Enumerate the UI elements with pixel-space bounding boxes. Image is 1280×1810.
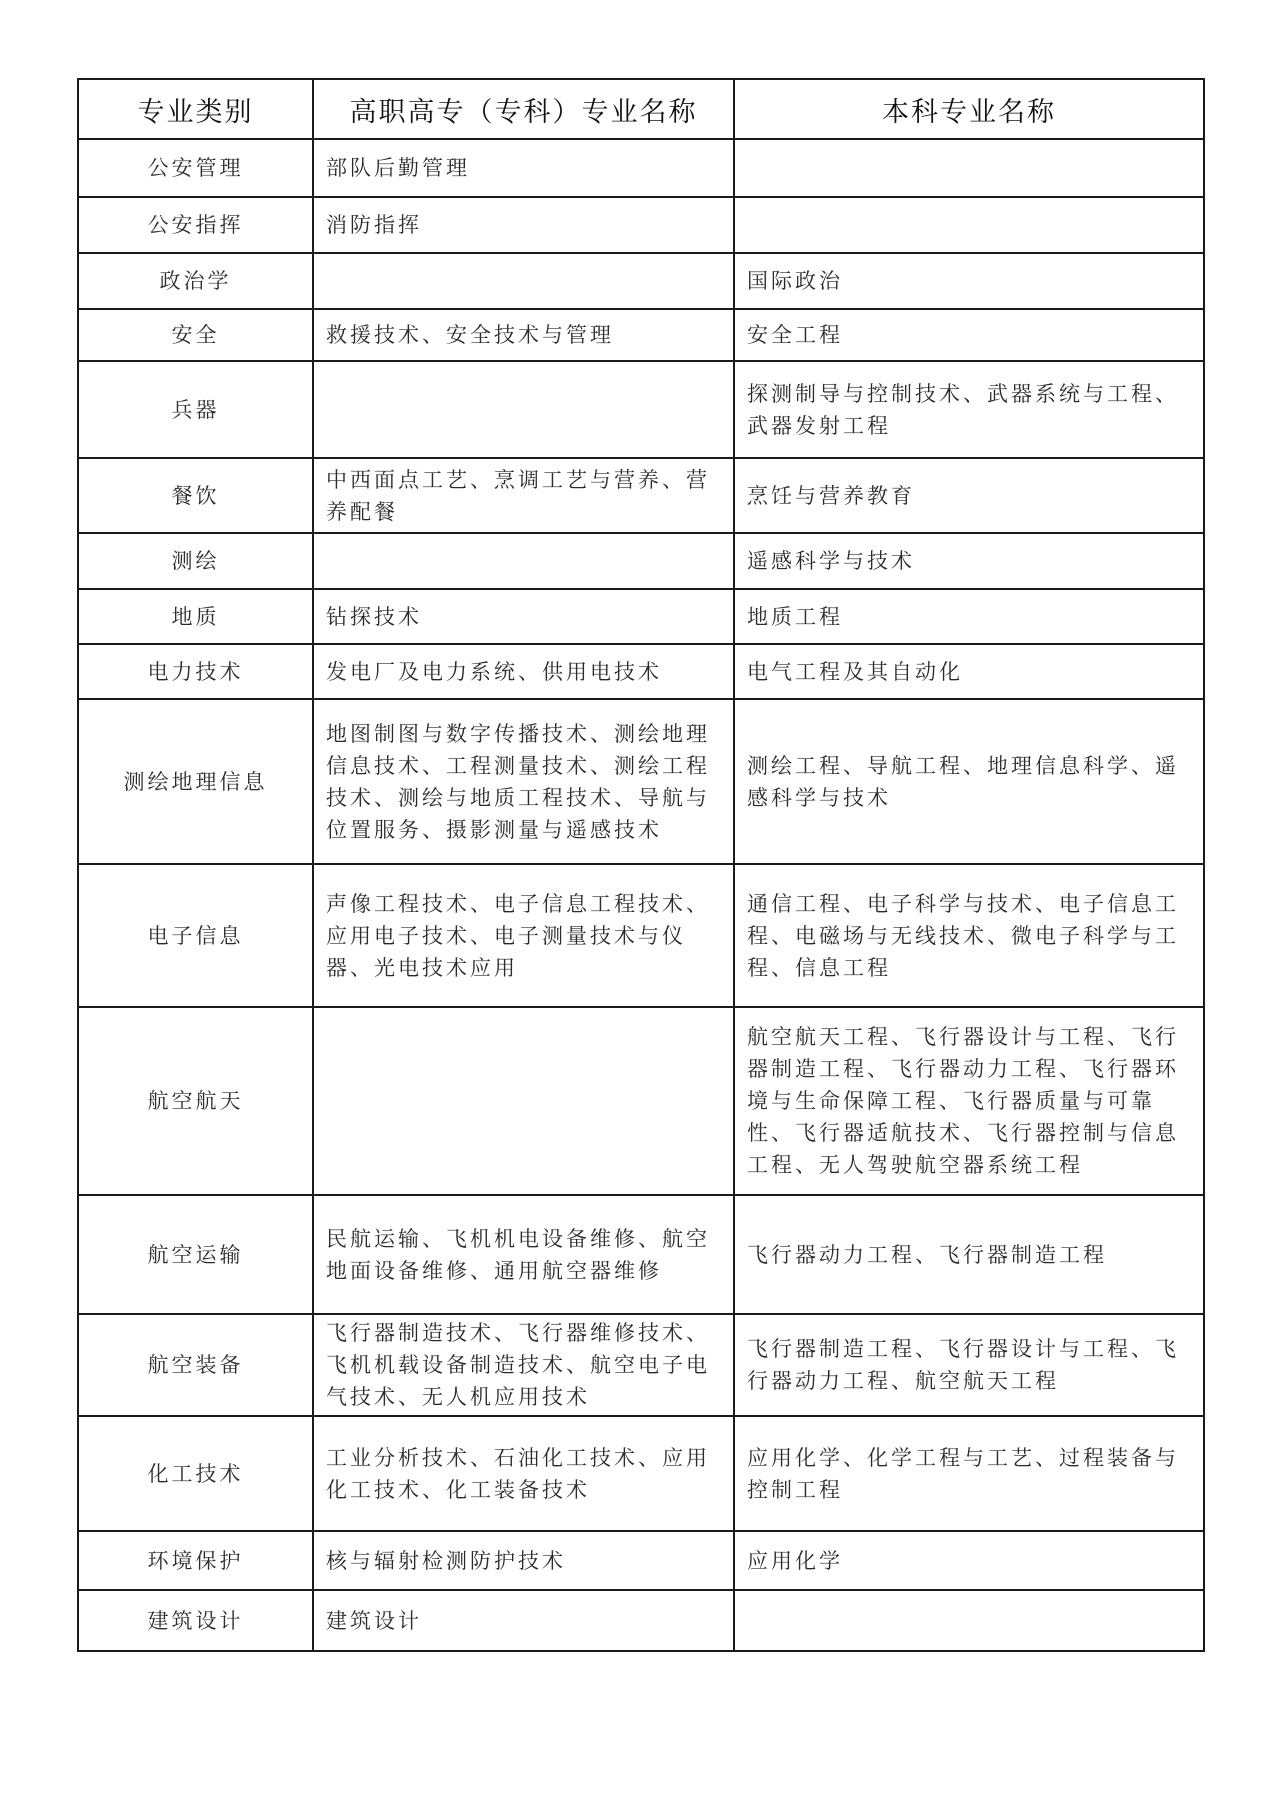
cell-undergraduate: 飞行器动力工程、飞行器制造工程 [734, 1195, 1204, 1314]
table-row: 航空运输 民航运输、飞机机电设备维修、航空地面设备维修、通用航空器维修 飞行器动… [78, 1195, 1204, 1314]
cell-vocational: 消防指挥 [313, 197, 734, 253]
cell-vocational: 部队后勤管理 [313, 139, 734, 197]
cell-category: 航空运输 [78, 1195, 313, 1314]
header-vocational: 高职高专（专科）专业名称 [313, 79, 734, 139]
cell-vocational: 钻探技术 [313, 589, 734, 644]
cell-undergraduate: 航空航天工程、飞行器设计与工程、飞行器制造工程、飞行器动力工程、飞行器环境与生命… [734, 1007, 1204, 1195]
cell-category: 环境保护 [78, 1531, 313, 1590]
cell-vocational: 中西面点工艺、烹调工艺与营养、营养配餐 [313, 458, 734, 533]
cell-category: 化工技术 [78, 1416, 313, 1531]
cell-category: 电子信息 [78, 864, 313, 1007]
table-row: 建筑设计 建筑设计 [78, 1590, 1204, 1651]
cell-undergraduate: 遥感科学与技术 [734, 533, 1204, 589]
majors-table: 专业类别 高职高专（专科）专业名称 本科专业名称 公安管理 部队后勤管理 公安指… [77, 78, 1205, 1652]
cell-vocational [313, 533, 734, 589]
table-row: 电子信息 声像工程技术、电子信息工程技术、应用电子技术、电子测量技术与仪器、光电… [78, 864, 1204, 1007]
table-row: 地质 钻探技术 地质工程 [78, 589, 1204, 644]
cell-category: 测绘地理信息 [78, 699, 313, 864]
cell-vocational: 工业分析技术、石油化工技术、应用化工技术、化工装备技术 [313, 1416, 734, 1531]
cell-category: 公安指挥 [78, 197, 313, 253]
cell-category: 测绘 [78, 533, 313, 589]
table-body: 公安管理 部队后勤管理 公安指挥 消防指挥 政治学 国际政治 安全 救援技术、安… [78, 139, 1204, 1651]
cell-undergraduate: 探测制导与控制技术、武器系统与工程、武器发射工程 [734, 361, 1204, 458]
cell-vocational [313, 1007, 734, 1195]
cell-vocational: 建筑设计 [313, 1590, 734, 1651]
cell-undergraduate: 烹饪与营养教育 [734, 458, 1204, 533]
table-row: 化工技术 工业分析技术、石油化工技术、应用化工技术、化工装备技术 应用化学、化学… [78, 1416, 1204, 1531]
cell-category: 电力技术 [78, 644, 313, 699]
cell-vocational: 飞行器制造技术、飞行器维修技术、飞机机载设备制造技术、航空电子电气技术、无人机应… [313, 1314, 734, 1416]
cell-category: 安全 [78, 309, 313, 361]
table-row: 测绘地理信息 地图制图与数字传播技术、测绘地理信息技术、工程测量技术、测绘工程技… [78, 699, 1204, 864]
cell-undergraduate [734, 1590, 1204, 1651]
cell-undergraduate [734, 139, 1204, 197]
cell-category: 餐饮 [78, 458, 313, 533]
cell-undergraduate: 飞行器制造工程、飞行器设计与工程、飞行器动力工程、航空航天工程 [734, 1314, 1204, 1416]
table-row: 测绘 遥感科学与技术 [78, 533, 1204, 589]
cell-undergraduate: 地质工程 [734, 589, 1204, 644]
table-row: 政治学 国际政治 [78, 253, 1204, 309]
cell-category: 兵器 [78, 361, 313, 458]
table-row: 环境保护 核与辐射检测防护技术 应用化学 [78, 1531, 1204, 1590]
cell-undergraduate: 国际政治 [734, 253, 1204, 309]
table-row: 兵器 探测制导与控制技术、武器系统与工程、武器发射工程 [78, 361, 1204, 458]
cell-category: 航空航天 [78, 1007, 313, 1195]
cell-undergraduate: 通信工程、电子科学与技术、电子信息工程、电磁场与无线技术、微电子科学与工程、信息… [734, 864, 1204, 1007]
table-row: 安全 救援技术、安全技术与管理 安全工程 [78, 309, 1204, 361]
table-row: 航空装备 飞行器制造技术、飞行器维修技术、飞机机载设备制造技术、航空电子电气技术… [78, 1314, 1204, 1416]
cell-undergraduate: 应用化学 [734, 1531, 1204, 1590]
cell-undergraduate: 电气工程及其自动化 [734, 644, 1204, 699]
cell-category: 航空装备 [78, 1314, 313, 1416]
table-row: 航空航天 航空航天工程、飞行器设计与工程、飞行器制造工程、飞行器动力工程、飞行器… [78, 1007, 1204, 1195]
table-row: 餐饮 中西面点工艺、烹调工艺与营养、营养配餐 烹饪与营养教育 [78, 458, 1204, 533]
cell-category: 政治学 [78, 253, 313, 309]
cell-vocational: 核与辐射检测防护技术 [313, 1531, 734, 1590]
cell-undergraduate: 应用化学、化学工程与工艺、过程装备与控制工程 [734, 1416, 1204, 1531]
cell-vocational: 声像工程技术、电子信息工程技术、应用电子技术、电子测量技术与仪器、光电技术应用 [313, 864, 734, 1007]
table-row: 公安指挥 消防指挥 [78, 197, 1204, 253]
cell-vocational [313, 253, 734, 309]
cell-category: 地质 [78, 589, 313, 644]
cell-vocational: 救援技术、安全技术与管理 [313, 309, 734, 361]
cell-vocational: 地图制图与数字传播技术、测绘地理信息技术、工程测量技术、测绘工程技术、测绘与地质… [313, 699, 734, 864]
cell-vocational: 民航运输、飞机机电设备维修、航空地面设备维修、通用航空器维修 [313, 1195, 734, 1314]
table-row: 公安管理 部队后勤管理 [78, 139, 1204, 197]
cell-category: 建筑设计 [78, 1590, 313, 1651]
cell-vocational [313, 361, 734, 458]
cell-vocational: 发电厂及电力系统、供用电技术 [313, 644, 734, 699]
cell-undergraduate: 安全工程 [734, 309, 1204, 361]
header-undergraduate: 本科专业名称 [734, 79, 1204, 139]
cell-category: 公安管理 [78, 139, 313, 197]
document-page: 专业类别 高职高专（专科）专业名称 本科专业名称 公安管理 部队后勤管理 公安指… [77, 78, 1203, 1652]
table-row: 电力技术 发电厂及电力系统、供用电技术 电气工程及其自动化 [78, 644, 1204, 699]
cell-undergraduate [734, 197, 1204, 253]
cell-undergraduate: 测绘工程、导航工程、地理信息科学、遥感科学与技术 [734, 699, 1204, 864]
header-category: 专业类别 [78, 79, 313, 139]
table-header-row: 专业类别 高职高专（专科）专业名称 本科专业名称 [78, 79, 1204, 139]
